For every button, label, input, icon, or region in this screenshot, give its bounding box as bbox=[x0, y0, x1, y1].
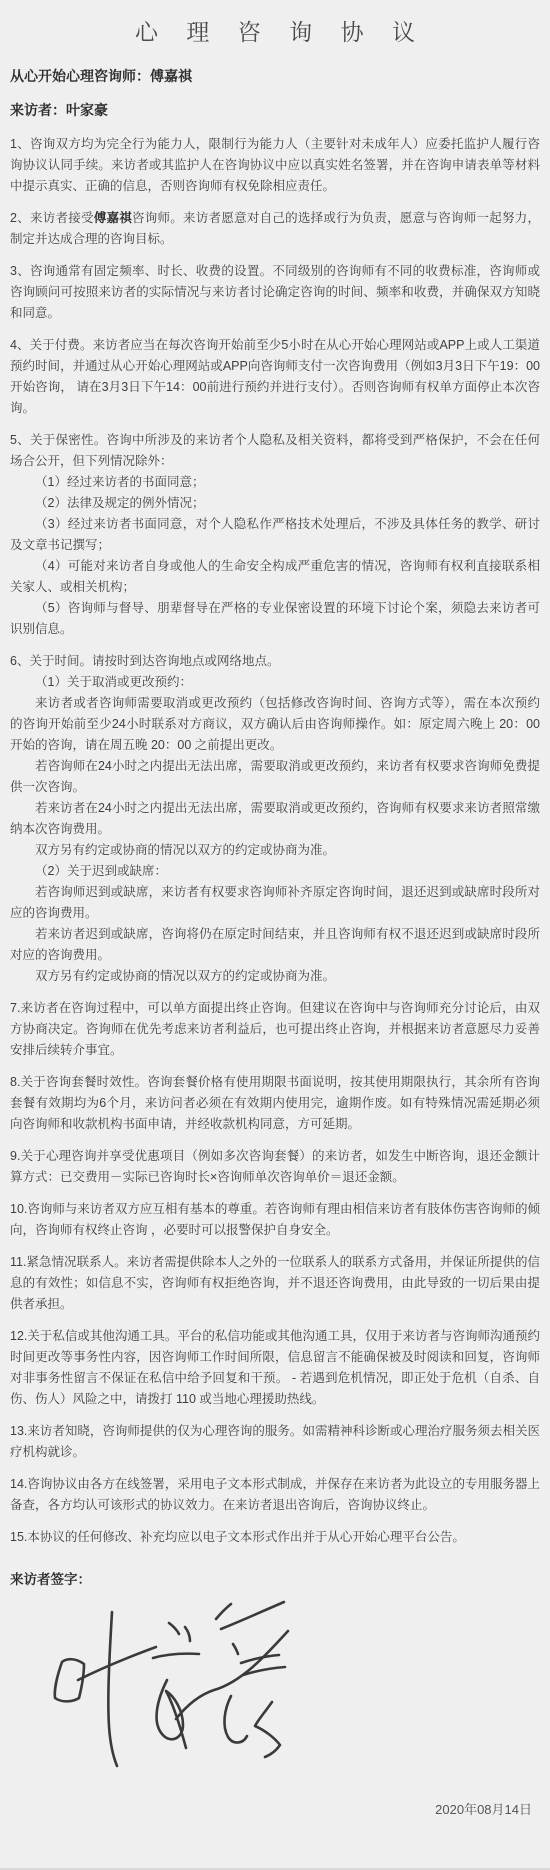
clause-9: 9.关于心理咨询并享受优惠项目（例如多次咨询套餐）的来访者，如发生中断咨询，退还… bbox=[10, 1146, 540, 1188]
clause-2-prefix: 2、来访者接受 bbox=[10, 211, 94, 225]
visitor-line: 来访者：叶家豪 bbox=[10, 101, 540, 121]
clause-5: 5、关于保密性。咨询中所涉及的来访者个人隐私及相关资料，都将受到严格保护，不会在… bbox=[10, 430, 540, 472]
clause-6-item-1-para-c: 若来访者在24小时之内提出无法出席，需要取消或更改预约，咨询师有权要求来访者照常… bbox=[10, 798, 540, 840]
clause-6-item-2-title: （2）关于迟到或缺席： bbox=[10, 861, 540, 882]
clause-6-item-2-para-a: 若咨询师迟到或缺席，来访者有权要求咨询师补齐原定咨询时间，退还迟到或缺席时段所对… bbox=[10, 882, 540, 924]
clause-5-item-4: （4）可能对来访者自身或他人的生命安全构成严重危害的情况，咨询师有权利直接联系相… bbox=[10, 556, 540, 598]
clause-2: 2、来访者接受傅嘉祺咨询师。来访者愿意对自己的选择或行为负责，愿意与咨询师一起努… bbox=[10, 208, 540, 250]
clause-6-item-1-para-a: 来访者或者咨询师需要取消或更改预约（包括修改咨询时间、咨询方式等），需在本次预约… bbox=[10, 693, 540, 756]
clause-12: 12.关于私信或其他沟通工具。平台的私信功能或其他沟通工具，仅用于来访者与咨询师… bbox=[10, 1326, 540, 1410]
signature-label: 来访者签字： bbox=[10, 1568, 540, 1588]
clause-15: 15.本协议的任何修改、补充均应以电子文本形式作出并于从心开始心理平台公告。 bbox=[10, 1527, 540, 1548]
clause-14: 14.咨询协议由各方在线签署，采用电子文本形式制成，并保存在来访者为此设立的专用… bbox=[10, 1474, 540, 1516]
clause-6-item-1-para-d: 双方另有约定或协商的情况以双方的约定或协商为准。 bbox=[10, 840, 540, 861]
visitor-signature bbox=[48, 1598, 348, 1773]
clause-4: 4、关于付费。来访者应当在每次咨询开始前至少5小时在从心开始心理网站或APP上或… bbox=[10, 335, 540, 419]
clause-5-item-2: （2）法律及规定的例外情况； bbox=[10, 493, 540, 514]
clause-6: 6、关于时间。请按时到达咨询地点或网络地点。 bbox=[10, 651, 540, 672]
clause-3: 3、咨询通常有固定频率、时长、收费的设置。不同级别的咨询师有不同的收费标准，咨询… bbox=[10, 261, 540, 324]
page-title: 心 理 咨 询 协 议 bbox=[10, 14, 540, 47]
counselor-line: 从心开始心理咨询师：傅嘉祺 bbox=[10, 67, 540, 87]
clause-8: 8.关于咨询套餐时效性。咨询套餐价格有使用期限书面说明，按其使用期限执行，其余所… bbox=[10, 1072, 540, 1135]
agreement-document: 心 理 咨 询 协 议 从心开始心理咨询师：傅嘉祺 来访者：叶家豪 1、咨询双方… bbox=[0, 0, 550, 1868]
clause-6-item-1-para-b: 若咨询师在24小时之内提出无法出席，需要取消或更改预约，来访者有权要求咨询师免费… bbox=[10, 756, 540, 798]
clause-7: 7.来访者在咨询过程中，可以单方面提出终止咨询。但建议在咨询中与咨询师充分讨论后… bbox=[10, 998, 540, 1061]
clause-6-item-1-title: （1）关于取消或更改预约： bbox=[10, 672, 540, 693]
clause-2-counselor-name: 傅嘉祺 bbox=[94, 211, 132, 225]
clause-5-item-3: （3）经过来访者书面同意，对个人隐私作严格技术处理后，不涉及具体任务的教学、研讨… bbox=[10, 514, 540, 556]
clause-11: 11.紧急情况联系人。来访者需提供除本人之外的一位联系人的联系方式备用，并保证所… bbox=[10, 1252, 540, 1315]
clause-1: 1、咨询双方均为完全行为能力人，限制行为能力人（主要针对未成年人）应委托监护人履… bbox=[10, 134, 540, 197]
clause-5-item-5: （5）咨询师与督导、朋辈督导在严格的专业保密设置的环境下讨论个案，须隐去来访者可… bbox=[10, 598, 540, 640]
signature-date: 2020年08月14日 bbox=[10, 1799, 540, 1818]
clause-6-item-2-para-c: 双方另有约定或协商的情况以双方的约定或协商为准。 bbox=[10, 966, 540, 987]
clause-6-item-2-para-b: 若来访者迟到或缺席，咨询将仍在原定时间结束，并且咨询师有权不退还迟到或缺席时段所… bbox=[10, 924, 540, 966]
clause-10: 10.咨询师与来访者双方应互相有基本的尊重。若咨询师有理由相信来访者有肢体伤害咨… bbox=[10, 1199, 540, 1241]
clause-13: 13.来访者知晓，咨询师提供的仅为心理咨询的服务。如需精神科诊断或心理治疗服务须… bbox=[10, 1421, 540, 1463]
clause-5-item-1: （1）经过来访者的书面同意； bbox=[10, 472, 540, 493]
